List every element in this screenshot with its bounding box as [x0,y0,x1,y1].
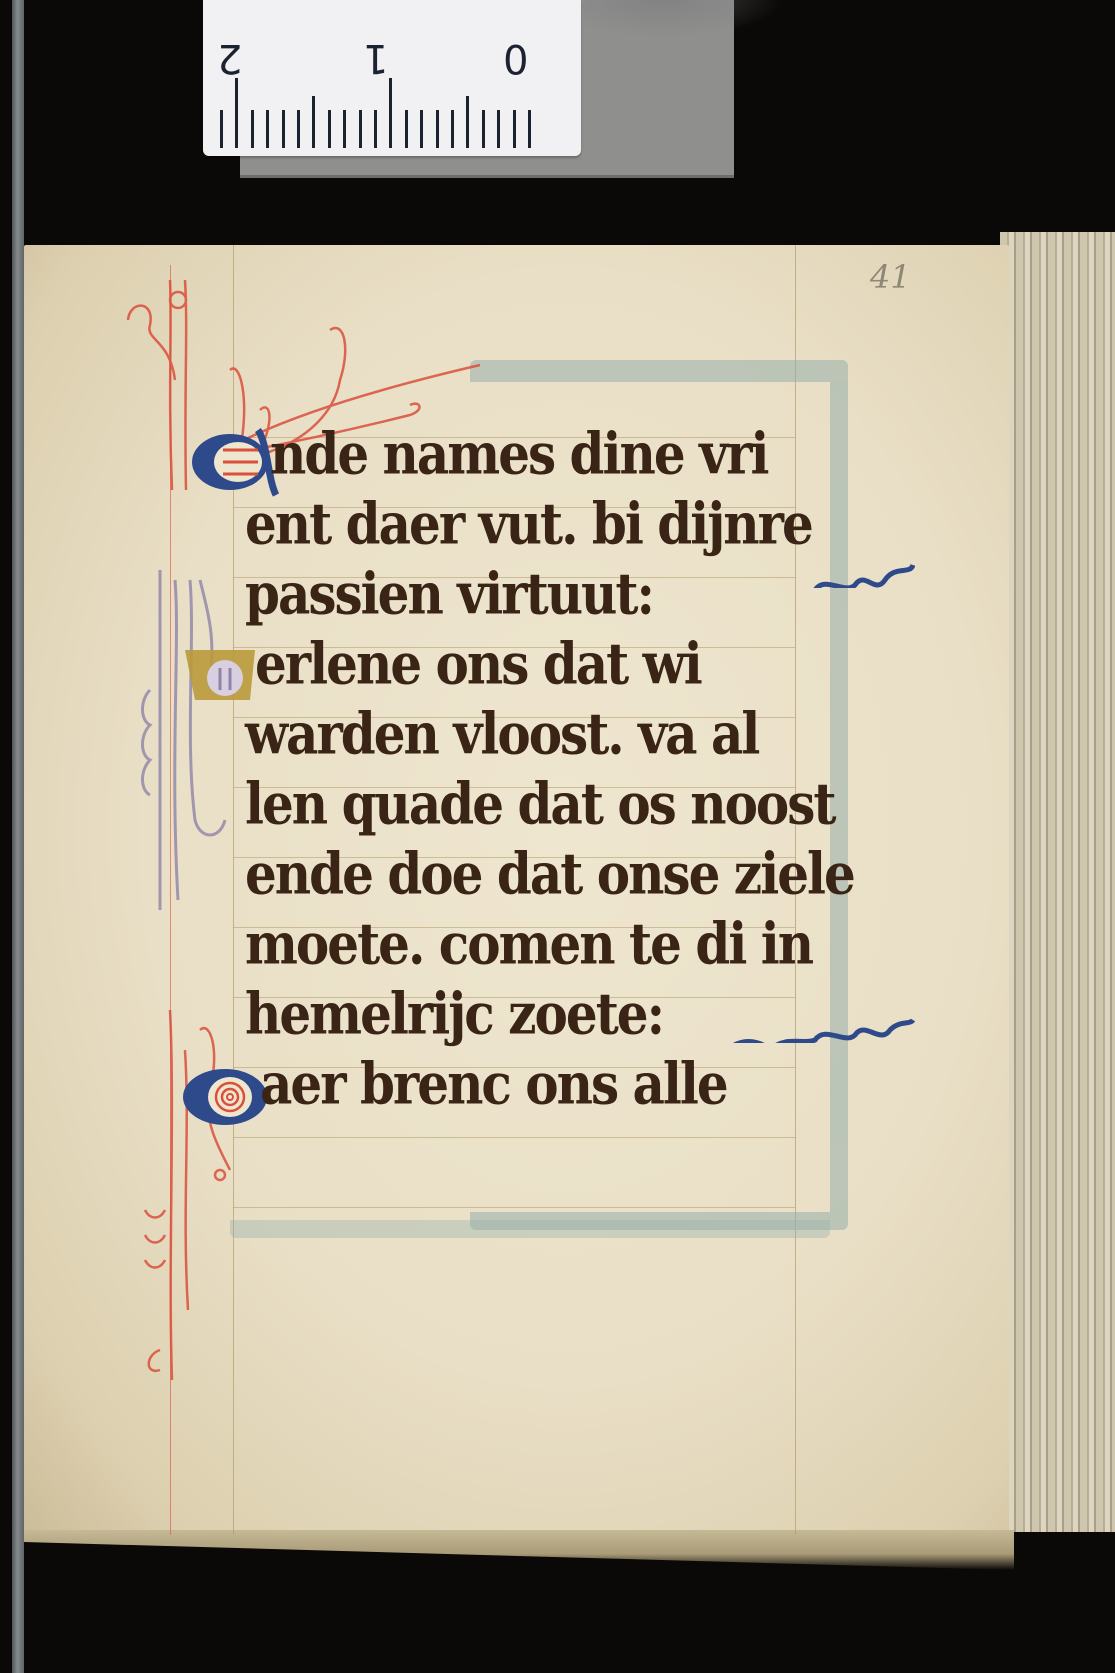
ruler-tick [497,110,500,148]
ruler-label-0: 0 [503,38,528,78]
ruler-label-2: 2 [217,38,242,78]
glass-rod [12,0,24,1673]
ruler-tick [528,110,531,148]
ruler-tick [405,110,408,148]
text-line-4: erlene ons dat wi [255,630,701,711]
ruler-tick [328,110,331,148]
page-stack-edges [1000,232,1115,1532]
text-line-9: hemelrijc zoete: [245,980,663,1061]
text-line-6: len quade dat os noost [245,770,835,851]
text-line-2: ent daer vut. bi dijnre [245,490,812,571]
ruler-tick [420,110,423,148]
folio-number: 41 [870,258,911,296]
text-line-8: moete. comen te di in [245,910,812,991]
ruler-tick [436,110,439,148]
text-line-1: nde names dine vri [270,420,767,501]
text-line-3: passien virtuut: [245,560,653,641]
page-bottom-edge [24,1530,1014,1570]
ruler-tick [513,110,516,148]
ruler-tick [235,78,238,148]
text-line-5: warden vloost. va al [245,700,758,781]
ruler-tick [482,110,485,148]
ruler-tick [282,110,285,148]
violet-penwork-flourish [100,560,260,920]
ruler-tick [312,96,315,148]
ruler-tick [359,110,362,148]
ruler-label-1: 1 [363,38,388,78]
ruler-tick [297,110,300,148]
border-frame-wash-bottom [230,1160,830,1238]
line-filler-2 [715,1015,915,1043]
ruler-tick [251,110,254,148]
line-filler-1 [715,560,915,588]
initial-D [180,1062,270,1143]
ruler-tick [451,110,454,148]
ruler-tick [374,110,377,148]
text-line-10: aer brenc ons alle [260,1050,727,1131]
ruler-tick [389,78,392,148]
ruler-shadow [583,0,783,38]
ruler-tick [466,96,469,148]
ruler-tick [266,110,269,148]
ruler-tick [343,110,346,148]
scale-ruler: 2 1 0 [203,0,581,156]
ruler-tick [220,110,223,148]
text-line-7: ende doe dat onse ziele [245,840,854,921]
